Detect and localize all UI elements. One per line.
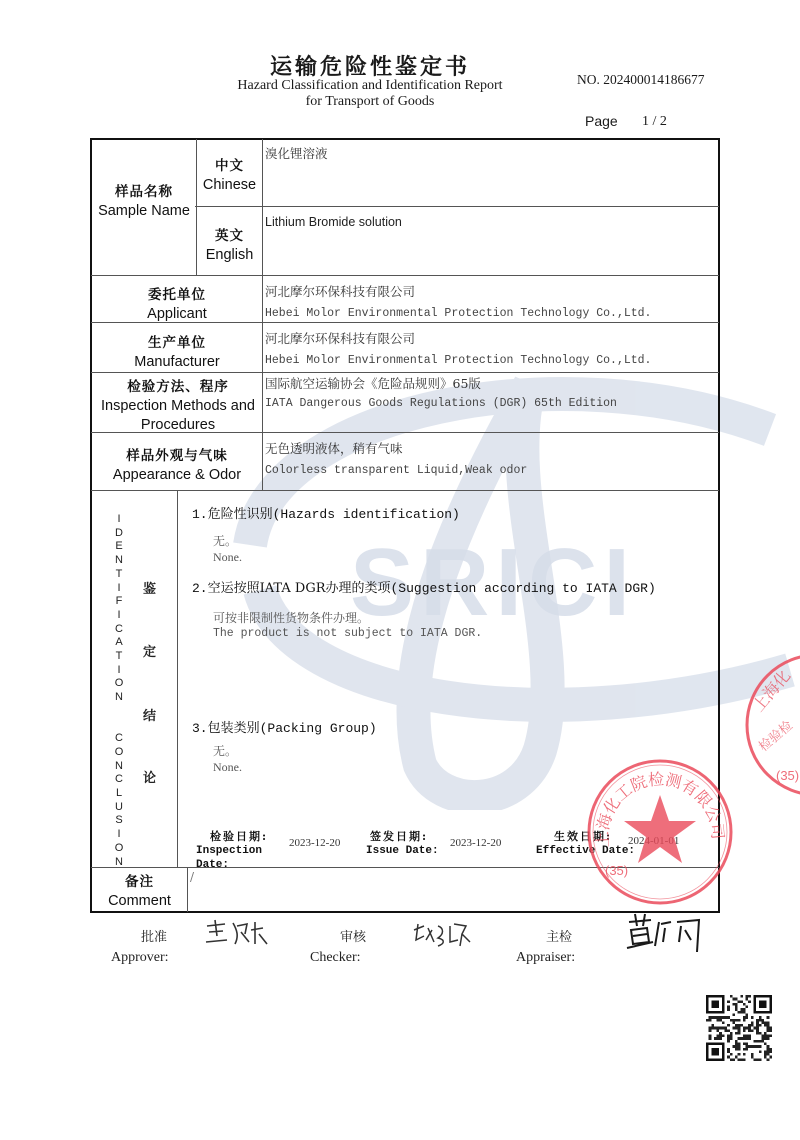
appearance-label-en: Appearance & Odor [92, 466, 262, 485]
svg-text:(35): (35) [776, 768, 799, 783]
svg-text:上海化: 上海化 [749, 666, 794, 715]
report-number: NO. 202400014186677 [577, 72, 705, 88]
manufacturer-label-cn: 生产单位 [92, 334, 262, 353]
sample-name-cn-value: 溴化锂溶液 [265, 143, 328, 165]
identification-conclusion-label-en: IDENTIFICATION CONCLUSION [113, 513, 125, 869]
appearance-label: 样品外观与气味 Appearance & Odor [92, 447, 262, 485]
sample-name-cn: 溴化锂溶液 [265, 146, 328, 161]
section-packing-body: 无。 None. [213, 743, 242, 775]
inspection-methods-label-cn: 检验方法、程序 [92, 378, 264, 397]
applicant-label-en: Applicant [92, 305, 262, 324]
divider [91, 490, 719, 491]
approver-signature [203, 918, 273, 950]
chinese-label-en: Chinese [197, 176, 262, 195]
svg-text:检验检: 检验检 [756, 718, 796, 755]
sample-name-label-cn: 样品名称 [92, 183, 196, 202]
comment-label-en: Comment [92, 892, 187, 911]
appraiser-label: 主检 Appraiser: [516, 928, 575, 968]
divider [177, 491, 178, 867]
comment-value: / [190, 866, 194, 888]
checker-label: 审核 Checker: [310, 928, 366, 968]
inspection-methods-label: 检验方法、程序 Inspection Methods and Procedure… [92, 378, 264, 435]
sample-name-label: 样品名称 Sample Name [92, 183, 196, 221]
page-label: Page [585, 113, 618, 129]
divider [262, 139, 263, 490]
manufacturer-en: Hebei Molor Environmental Protection Tec… [265, 350, 651, 372]
partial-stamp: 上海化 检验检 (35) [742, 650, 800, 800]
applicant-value: 河北摩尔环保科技有限公司 Hebei Molor Environmental P… [265, 281, 651, 325]
chinese-name-label: 中文 Chinese [197, 157, 262, 195]
appearance-en: Colorless transparent Liquid,Weak odor [265, 460, 527, 482]
conclusion-char-2: 定 [143, 641, 156, 660]
divider [91, 275, 719, 276]
divider [195, 206, 719, 207]
approver-label: 批准 Approver: [111, 928, 169, 968]
sample-name-en-value: Lithium Bromide solution [265, 211, 402, 233]
english-label-cn: 英文 [197, 227, 262, 246]
qr-code[interactable] [706, 995, 772, 1061]
section-suggestion-body: 可按非限制性货物条件办理。 The product is not subject… [213, 610, 482, 642]
comment-label-cn: 备注 [92, 873, 187, 892]
inspection-date-value: 2023-12-20 [289, 837, 340, 849]
appearance-cn: 无色透明液体，稍有气味 [265, 438, 527, 460]
appearance-value: 无色透明液体，稍有气味 Colorless transparent Liquid… [265, 438, 527, 482]
conclusion-char-3: 结 [143, 705, 156, 724]
section-suggestion-heading: 2.空运按照IATA DGR办理的类项(Suggestion according… [192, 577, 656, 596]
section-hazards-body: 无。 None. [213, 533, 242, 565]
sample-name-label-en: Sample Name [92, 202, 196, 221]
comment-label: 备注 Comment [92, 873, 187, 911]
page-number: 1 / 2 [642, 114, 667, 130]
appraiser-signature [625, 912, 705, 954]
report-table [90, 138, 720, 913]
divider [91, 867, 719, 868]
manufacturer-value: 河北摩尔环保科技有限公司 Hebei Molor Environmental P… [265, 328, 651, 372]
inspection-date-label: 检验日期: Inspection Date: [196, 830, 288, 872]
sample-name-en: Lithium Bromide solution [265, 215, 402, 229]
appearance-label-cn: 样品外观与气味 [92, 447, 262, 466]
checker-signature [410, 920, 476, 950]
issue-date-label: 签发日期: Issue Date: [366, 830, 446, 858]
inspection-methods-cn: 国际航空运输协会《危险品规则》65版 [265, 374, 617, 394]
applicant-label: 委托单位 Applicant [92, 286, 262, 324]
report-title-en-line2: for Transport of Goods [0, 94, 740, 110]
manufacturer-label-en: Manufacturer [92, 353, 262, 372]
applicant-label-cn: 委托单位 [92, 286, 262, 305]
section-packing-heading: 3.包装类别(Packing Group) [192, 717, 377, 736]
conclusion-char-4: 论 [143, 767, 156, 786]
inspection-methods-label-en-2: Procedures [92, 416, 264, 435]
applicant-cn: 河北摩尔环保科技有限公司 [265, 281, 651, 303]
divider [91, 372, 719, 373]
inspection-methods-label-en-1: Inspection Methods and [92, 397, 264, 416]
inspection-methods-en: IATA Dangerous Goods Regulations (DGR) 6… [265, 394, 617, 414]
manufacturer-label: 生产单位 Manufacturer [92, 334, 262, 372]
english-label-en: English [197, 246, 262, 265]
conclusion-char-1: 鉴 [143, 578, 156, 597]
section-hazards-heading: 1.危险性识别(Hazards identification) [192, 503, 460, 522]
english-name-label: 英文 English [197, 227, 262, 265]
inspection-methods-value: 国际航空运输协会《危险品规则》65版 IATA Dangerous Goods … [265, 374, 617, 414]
effective-date-value: 2024-01-01 [628, 835, 679, 847]
issue-date-value: 2023-12-20 [450, 837, 501, 849]
chinese-label-cn: 中文 [197, 157, 262, 176]
applicant-en: Hebei Molor Environmental Protection Tec… [265, 303, 651, 325]
manufacturer-cn: 河北摩尔环保科技有限公司 [265, 328, 651, 350]
divider [187, 868, 188, 912]
